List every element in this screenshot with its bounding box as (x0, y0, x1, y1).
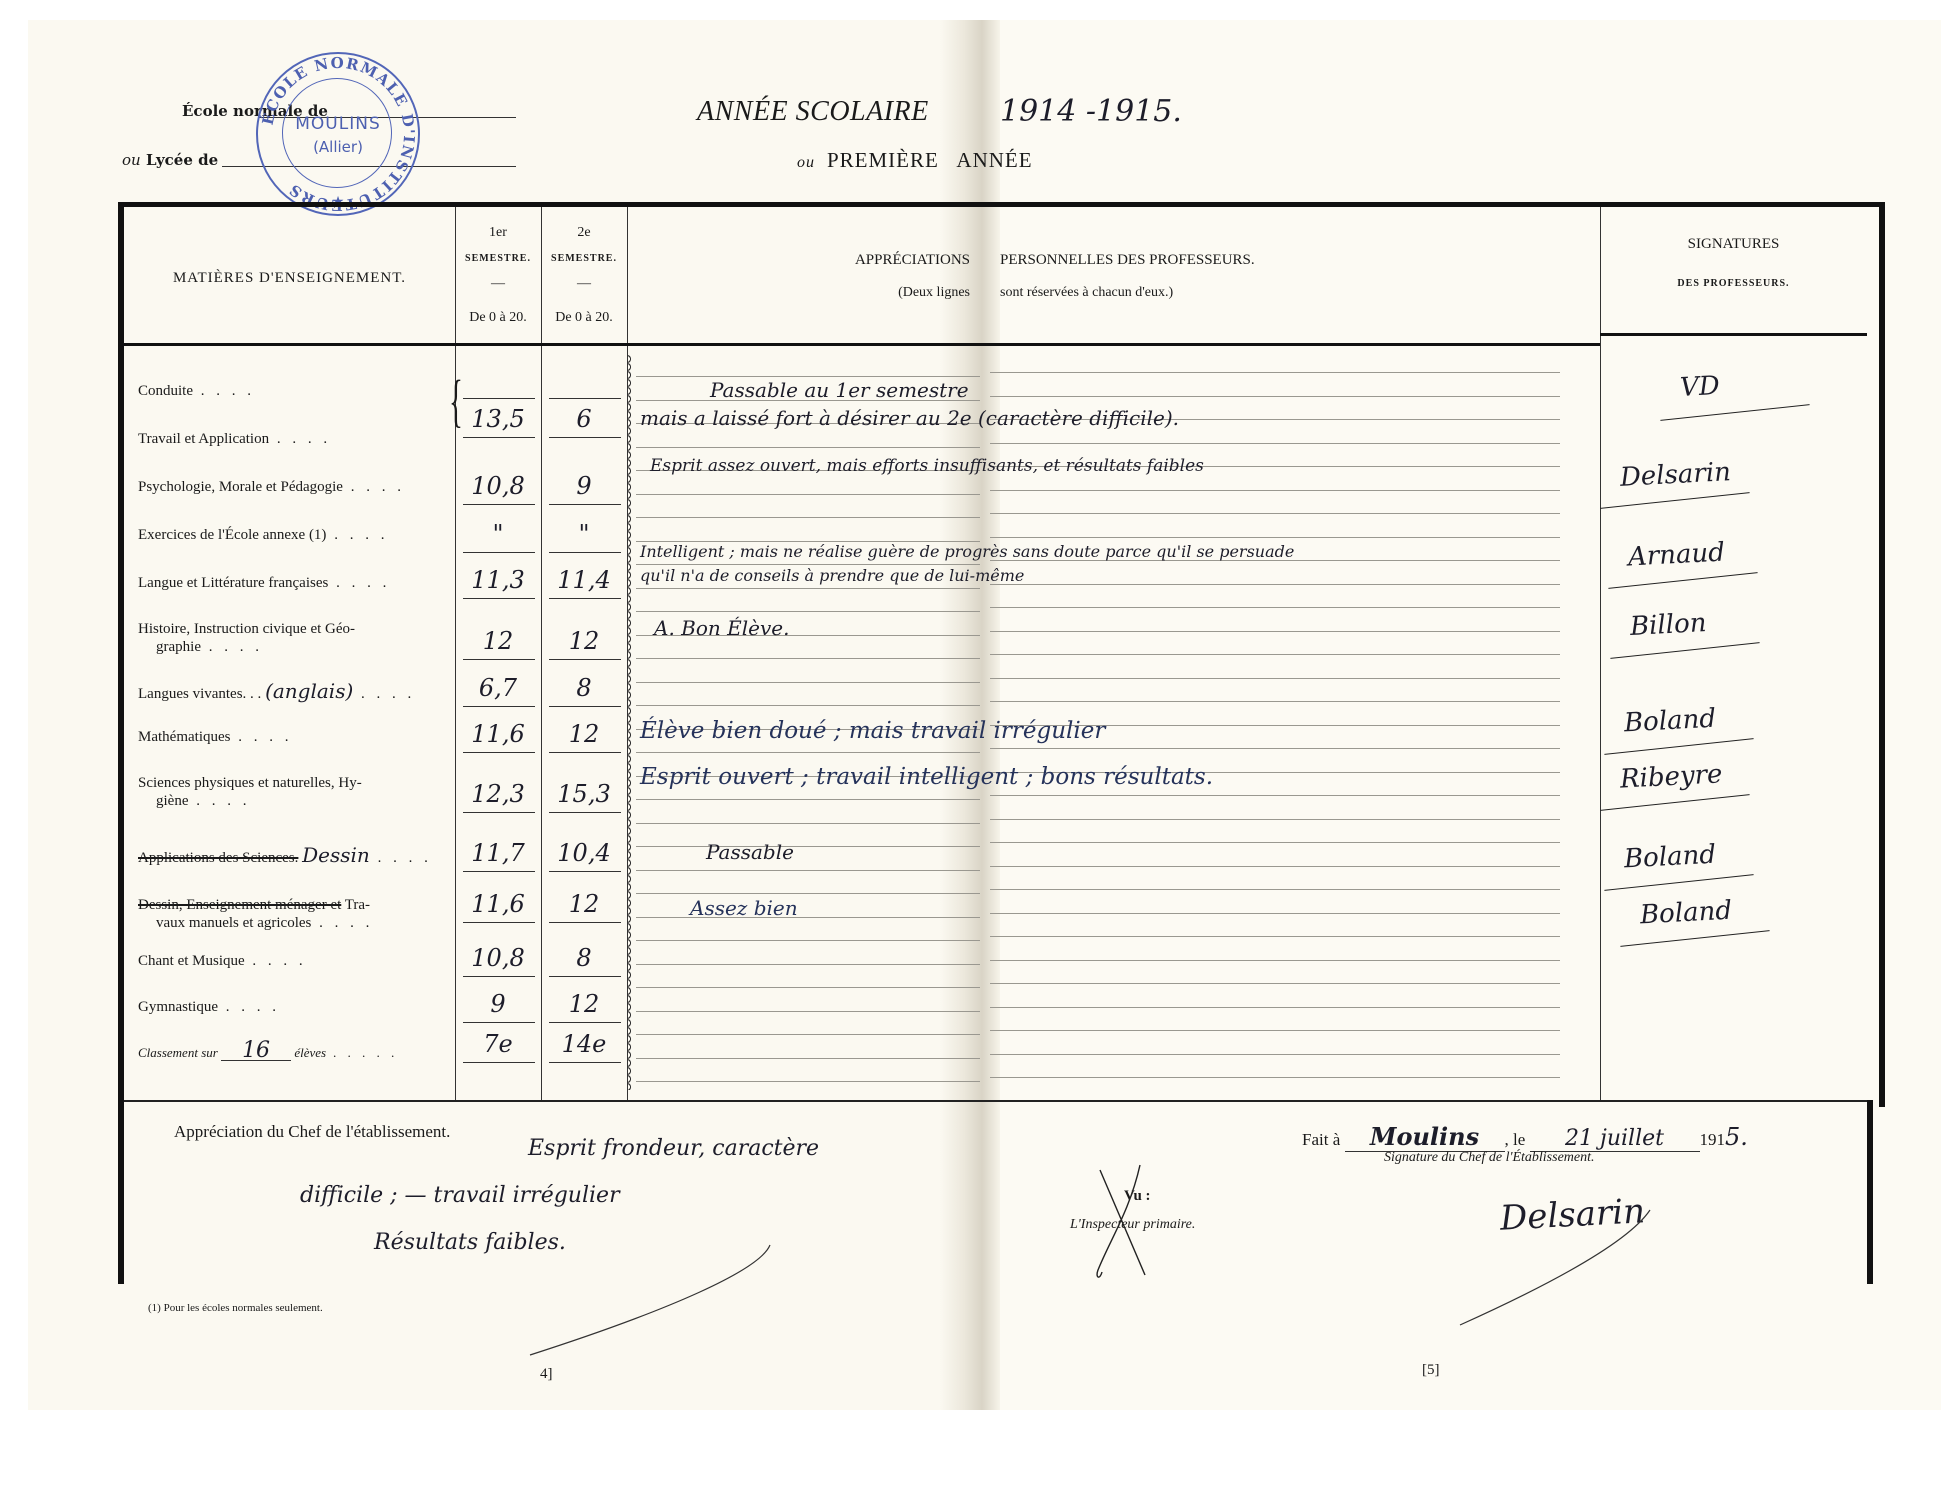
appreciation-remark: A. Bon Élève. (654, 616, 789, 640)
professor-signature: Delsarin (1619, 457, 1731, 493)
grade-sem1: 13,5 (458, 405, 538, 433)
place-date-line: Fait à Moulins, le 21 juillet1915. (1302, 1122, 1748, 1152)
ranking-sem1: 7e (458, 1030, 538, 1058)
grade-sem1: 9 (458, 990, 538, 1018)
appreciation-remark: Esprit assez ouvert, mais efforts insuff… (650, 456, 1204, 476)
stamp-department: (Allier) (258, 138, 418, 156)
subject-row-label: Applications des Sciences. Dessin . . . … (138, 846, 456, 867)
subject-row-label: Histoire, Instruction civique et Géo-gra… (138, 620, 456, 656)
document-title: ANNÉE SCOLAIRE (697, 96, 929, 128)
grade-sem1: 12 (458, 627, 538, 655)
col-signatures: SIGNATURES (1600, 236, 1867, 253)
grade-sem1: 11,3 (458, 566, 538, 594)
professor-signature: Boland (1623, 704, 1716, 739)
subject-row-label: Chant et Musique . . . . (138, 952, 456, 970)
page-number-left: 4] (540, 1366, 553, 1383)
ranking-total: 16 (221, 1042, 291, 1061)
professor-signature: Ribeyre (1619, 759, 1723, 794)
subject-row-label: Psychologie, Morale et Pédagogie . . . . (138, 478, 456, 496)
appreciation-remark: Assez bien (690, 896, 798, 920)
col-signatures-sub: DES PROFESSEURS. (1600, 278, 1867, 289)
chef-signature-label: Signature du Chef de l'Établissement. (1384, 1150, 1595, 1166)
grade-sem2: 6 (544, 405, 624, 433)
professor-signature: Boland (1639, 896, 1732, 931)
date-value: 21 juillet (1530, 1126, 1700, 1152)
grade-sem2: 12 (544, 890, 624, 918)
document-subtitle: ouPREMIÈRE ANNÉE (797, 148, 1033, 173)
grade-sem1: 11,6 (458, 890, 538, 918)
appreciation-remark: Élève bien doué ; mais travail irrégulie… (640, 718, 1105, 744)
appreciation-remark: Esprit ouvert ; travail intelligent ; bo… (640, 764, 1213, 790)
col-sem1-num: 1er (455, 225, 541, 241)
school-year: 1914 -1915. (1000, 94, 1182, 129)
professor-signature: Arnaud (1627, 537, 1725, 572)
col-appreciations-right: PERSONNELLES DES PROFESSEURS. (1000, 252, 1255, 269)
grade-sem1: 10,8 (458, 472, 538, 500)
professor-signature: Billon (1629, 608, 1707, 642)
grade-sem2: 8 (544, 674, 624, 702)
appreciation-remark: Passable (706, 840, 794, 864)
appreciation-remark: mais a laissé fort à désirer au 2e (cara… (640, 406, 1179, 430)
grade-sem2: 15,3 (544, 780, 624, 808)
grade-sem1: 6,7 (458, 674, 538, 702)
col-sem2-scale: De 0 à 20. (541, 310, 627, 326)
professor-signature: VD (1679, 371, 1720, 403)
chef-remark-line-1: Esprit frondeur, caractère (528, 1136, 819, 1161)
col-sem1-label: SEMESTRE. (455, 253, 541, 264)
col-appreciations-left: APPRÉCIATIONS (780, 252, 970, 269)
col-note-right: sont réservées à chacun d'eux.) (1000, 285, 1173, 301)
grade-sem1: 10,8 (458, 944, 538, 972)
page-number-right: [5] (1422, 1362, 1440, 1379)
grade-sem2: 8 (544, 944, 624, 972)
grade-sem2: 12 (544, 720, 624, 748)
subject-row-label: Mathématiques . . . . (138, 728, 456, 746)
place-value: Moulins (1345, 1122, 1505, 1152)
chef-remark-line-2: difficile ; — travail irrégulier (300, 1183, 620, 1208)
grade-sem2: " (544, 520, 624, 548)
conduct-brace: { (449, 372, 463, 430)
stamp-city: MOULINS (258, 114, 418, 134)
appreciation-remark: Passable au 1er semestre (710, 378, 969, 402)
subject-row-label: Langues vivantes. . . (anglais) . . . . (138, 682, 456, 703)
ranking-sem2: 14e (544, 1030, 624, 1058)
col-note-left: (Deux lignes (780, 285, 970, 301)
professor-signature: Boland (1623, 840, 1716, 875)
subject-row-label: Travail et Application . . . . (138, 430, 456, 448)
subject-row-label: Dessin, Enseignement ménager et Tra-vaux… (138, 896, 456, 932)
ranking-label: Classement sur 16 élèves . . . . . (138, 1042, 456, 1062)
inspector-cross-mark (1090, 1160, 1160, 1280)
subject-row-label: Exercices de l'École annexe (1) . . . . (138, 526, 456, 544)
chef-remark-flourish (520, 1240, 780, 1360)
school-stamp: ÉCOLE NORMALE D'INSTITUTEURS ★ MOULINS (… (256, 52, 420, 216)
grade-sem1: " (458, 520, 538, 548)
lycee-label: ou Lycée de (122, 151, 218, 169)
grade-sem1: 11,6 (458, 720, 538, 748)
appreciation-remark: qu'il n'a de conseils à prendre que de l… (640, 566, 1024, 585)
grade-sem2: 10,4 (544, 839, 624, 867)
subject-row-label: Sciences physiques et naturelles, Hy-giè… (138, 774, 456, 810)
subject-row-label: Conduite . . . . (138, 382, 456, 400)
grade-sem2: 9 (544, 472, 624, 500)
grade-sem1: 12,3 (458, 780, 538, 808)
grade-sem2: 12 (544, 627, 624, 655)
col-sem2-label: SEMESTRE. (541, 253, 627, 264)
col-subjects: MATIÈRES D'ENSEIGNEMENT. (124, 270, 455, 287)
subject-row-label: Gymnastique . . . . (138, 998, 456, 1016)
col-sem1-scale: De 0 à 20. (455, 310, 541, 326)
footnote: (1) Pour les écoles normales seulement. (148, 1302, 323, 1314)
grade-sem2: 11,4 (544, 566, 624, 594)
subject-row-label: Langue et Littérature françaises . . . . (138, 574, 456, 592)
grade-sem2: 12 (544, 990, 624, 1018)
col-sem2-num: 2e (541, 225, 627, 241)
chef-signature-flourish (1440, 1200, 1660, 1330)
appreciation-remark: Intelligent ; mais ne réalise guère de p… (640, 542, 1294, 561)
chef-appreciation-label: Appréciation du Chef de l'établissement. (174, 1122, 450, 1142)
grade-sem1: 11,7 (458, 839, 538, 867)
